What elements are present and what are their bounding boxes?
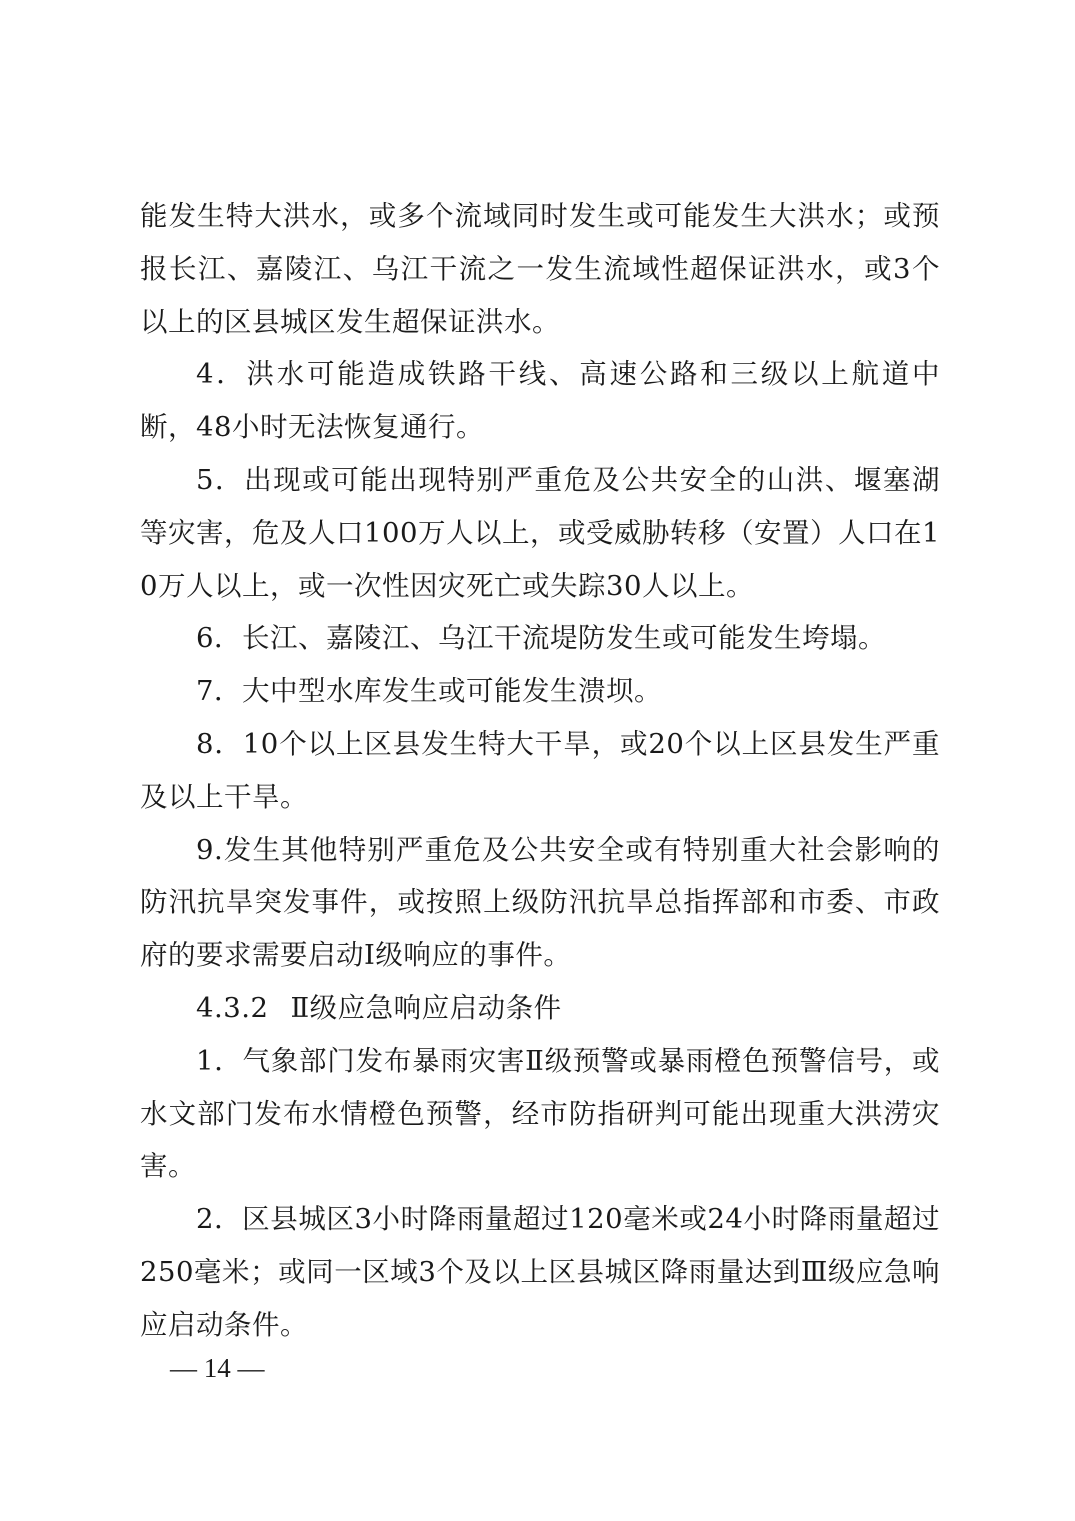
paragraph-item-9: 9.发生其他特别严重危及公共安全或有特别重大社会影响的防汛抗旱突发事件，或按照上… xyxy=(140,824,940,982)
paragraph-continuation: 能发生特大洪水，或多个流域同时发生或可能发生大洪水；或预报长江、嘉陵江、乌江干流… xyxy=(140,190,940,348)
paragraph-item-5: 5．出现或可能出现特别严重危及公共安全的山洪、堰塞湖等灾害，危及人口100万人以… xyxy=(140,454,940,612)
page-number: — 14 — xyxy=(170,1352,265,1384)
paragraph-item-6: 6．长江、嘉陵江、乌江干流堤防发生或可能发生垮塌。 xyxy=(140,612,940,665)
paragraph-item-7: 7．大中型水库发生或可能发生溃坝。 xyxy=(140,665,940,718)
section-paragraph-1: 1．气象部门发布暴雨灾害Ⅱ级预警或暴雨橙色预警信号，或水文部门发布水情橙色预警，… xyxy=(140,1035,940,1193)
paragraph-item-4: 4．洪水可能造成铁路干线、高速公路和三级以上航道中断，48小时无法恢复通行。 xyxy=(140,348,940,454)
paragraph-item-8: 8．10个以上区县发生特大干旱，或20个以上区县发生严重及以上干旱。 xyxy=(140,718,940,824)
section-paragraph-2: 2．区县城区3小时降雨量超过120毫米或24小时降雨量超过250毫米；或同一区域… xyxy=(140,1193,940,1351)
section-title: Ⅱ级应急响应启动条件 xyxy=(290,992,561,1024)
document-page: 能发生特大洪水，或多个流域同时发生或可能发生大洪水；或预报长江、嘉陵江、乌江干流… xyxy=(140,190,940,1352)
section-heading: 4.3.2Ⅱ级应急响应启动条件 xyxy=(140,982,940,1035)
section-number: 4.3.2 xyxy=(196,992,268,1024)
